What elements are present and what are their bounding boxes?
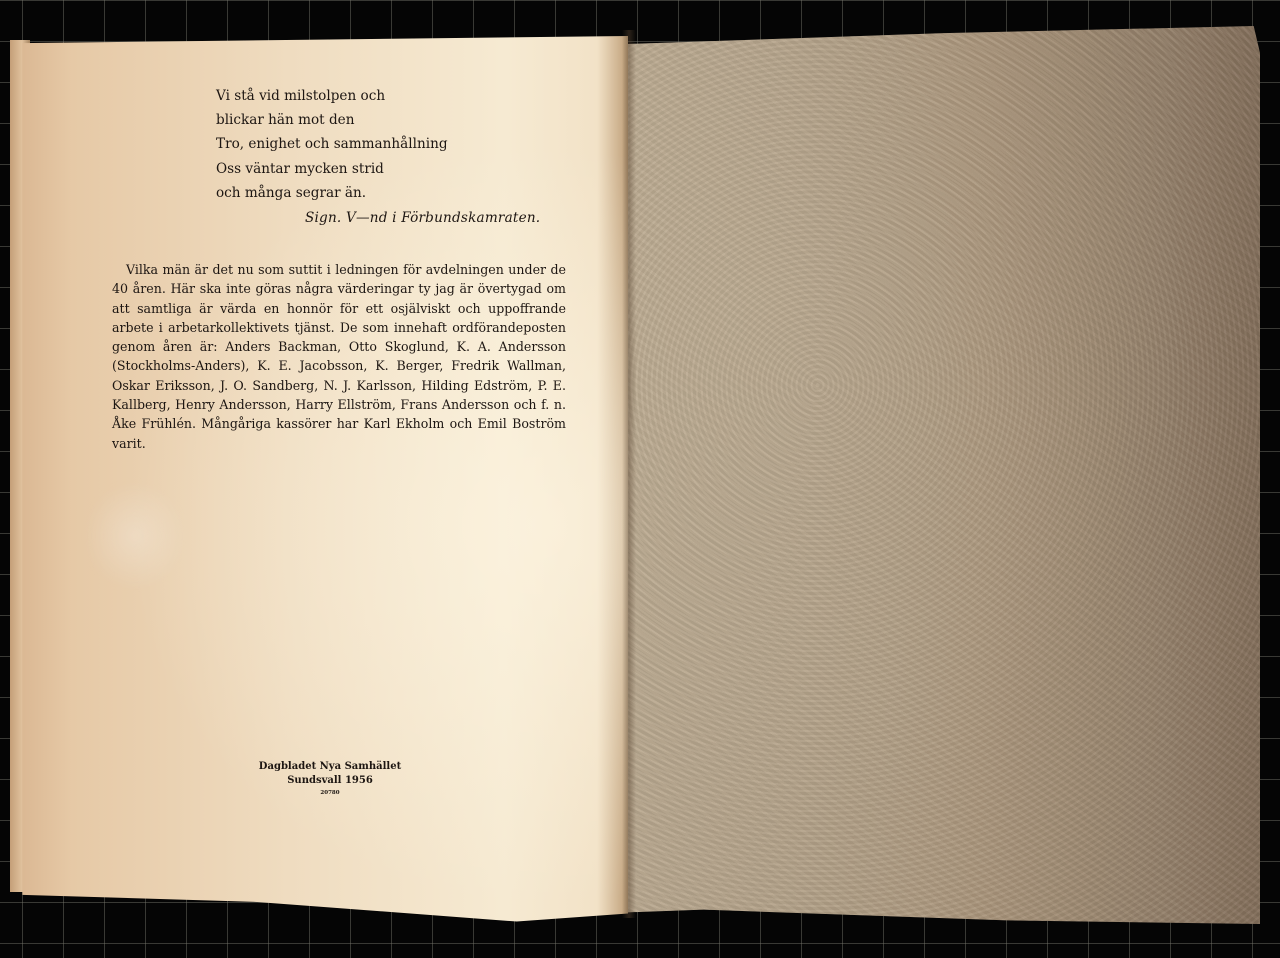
poem-stanza: Vi stå vid milstolpen och blickar hän mo… <box>216 84 448 205</box>
paper-emboss-mark <box>80 476 190 596</box>
right-page-blank-cover <box>628 26 1260 924</box>
poem-signature: Sign. V—nd i Förbundskamraten. <box>305 210 540 226</box>
imprint-publisher: Dagbladet Nya Samhället <box>250 760 410 774</box>
spine-gutter <box>622 30 636 918</box>
poem-line: och många segrar än. <box>216 181 448 205</box>
printer-imprint: Dagbladet Nya Samhället Sundsvall 1956 2… <box>250 760 410 798</box>
poem-line: blickar hän mot den <box>216 108 448 132</box>
body-paragraph: Vilka män är det nu som suttit i ledning… <box>112 260 566 453</box>
paper-texture <box>628 26 1260 924</box>
poem-line: Vi stå vid milstolpen och <box>216 84 448 108</box>
imprint-place-year: Sundsvall 1956 <box>250 774 410 788</box>
poem-line: Oss väntar mycken strid <box>216 157 448 181</box>
open-booklet: Vi stå vid milstolpen och blickar hän mo… <box>0 0 1280 958</box>
poem-line: Tro, enighet och sammanhållning <box>216 132 448 156</box>
imprint-print-number: 20780 <box>250 788 410 798</box>
